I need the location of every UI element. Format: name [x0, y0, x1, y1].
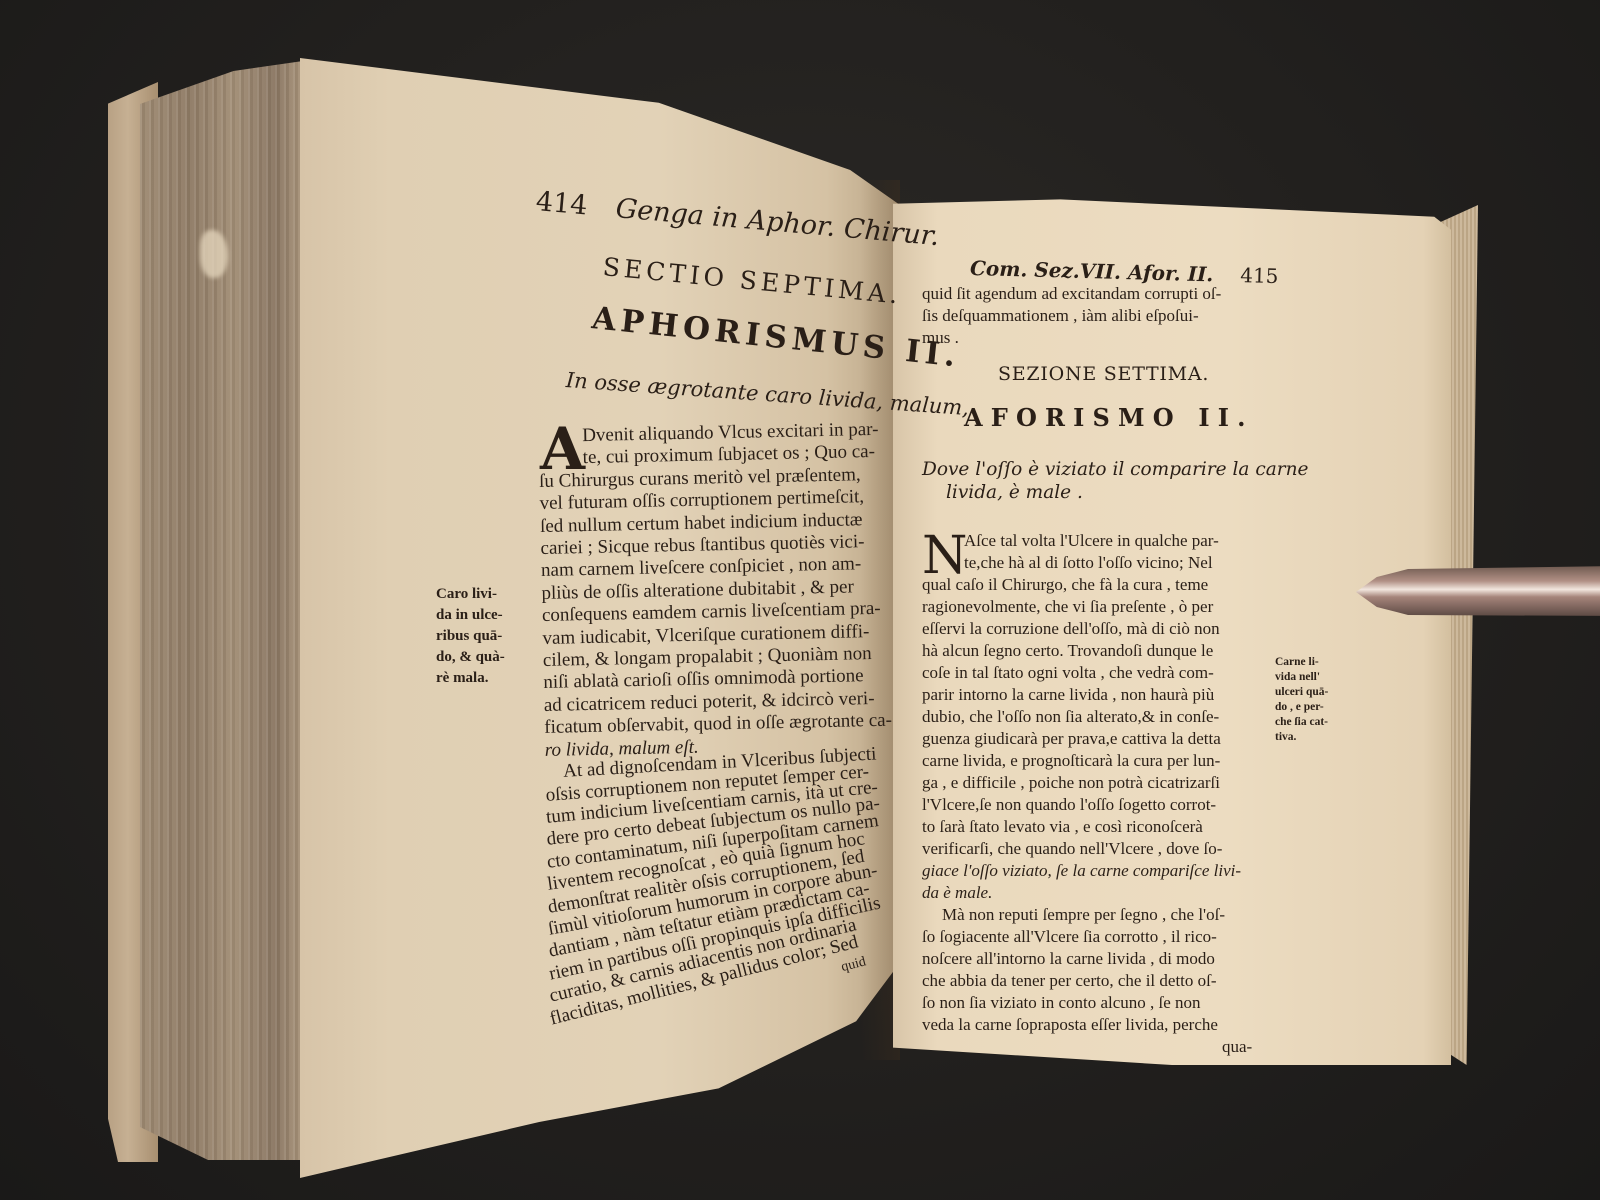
- fore-edge-stain: [200, 230, 228, 278]
- body-line: hà alcun ſegno certo. Trovandoſi dunque …: [922, 640, 1282, 662]
- margin-line: ulceri quā-: [1275, 685, 1345, 700]
- motto-line: livida, è male .: [922, 481, 1308, 504]
- margin-line: do , e per-: [1275, 700, 1345, 715]
- body-line: ſo ſogiacente all'Vlcere ſia corrotto , …: [922, 926, 1282, 948]
- body-line: l'Vlcere,ſe non quando l'oſſo ſogetto co…: [922, 794, 1282, 816]
- margin-line: Carne li-: [1275, 655, 1345, 670]
- body-line: ga , e difficile , poiche non potrà cica…: [922, 772, 1282, 794]
- body-line: dubio, che l'oſſo non ſia alterato,& in …: [922, 706, 1282, 728]
- margin-line: tiva.: [1275, 730, 1345, 745]
- body-line: giace l'oſſo viziato, ſe la carne compar…: [922, 860, 1282, 882]
- right-aphorism-title: AFORISMO II.: [964, 403, 1254, 432]
- body-line: noſcere all'intorno la carne livida , di…: [922, 948, 1282, 970]
- body-line: mus .: [922, 327, 1282, 349]
- catchword: qua-: [922, 1036, 1282, 1058]
- page-fore-edge: [140, 60, 310, 1160]
- body-line: ragionevolmente, che vi ſia preſente , ò…: [922, 596, 1282, 618]
- body-line: Aſce tal volta l'Ulcere in qualche par-: [922, 530, 1282, 552]
- body-line: parir intorno la carne livida , non haur…: [922, 684, 1282, 706]
- left-margin-note: Caro livi- da in ulce- ribus quā- do, & …: [436, 584, 536, 689]
- body-line: coſe in tal ſtato ogni volta , che vedrà…: [922, 662, 1282, 684]
- paper-knife: [1356, 566, 1600, 616]
- margin-line: vida nell': [1275, 670, 1345, 685]
- margin-line: rè mala.: [436, 668, 536, 689]
- left-page-number: 414: [535, 186, 589, 221]
- body-line: te,che hà al di ſotto l'oſſo vicino; Nel: [922, 552, 1282, 574]
- body-line: qual caſo il Chirurgo, che fà la cura , …: [922, 574, 1282, 596]
- body-line: guenza giudicarà per prava,e cattiva la …: [922, 728, 1282, 750]
- body-line: ſo non ſia viziato in conto alcuno , ſe …: [922, 992, 1282, 1014]
- body-line: carne livida, e prognoſticarà la cura pe…: [922, 750, 1282, 772]
- body-line: Mà non reputi ſempre per ſegno , che l'o…: [922, 904, 1282, 926]
- margin-line: ribus quā-: [436, 626, 536, 647]
- right-section-title: SEZIONE SETTIMA.: [998, 363, 1209, 385]
- right-body-text: Aſce tal volta l'Ulcere in qualche par- …: [922, 530, 1282, 1058]
- margin-line: che ſia cat-: [1275, 715, 1345, 730]
- body-line: veda la carne ſopraposta eſſer livida, p…: [922, 1014, 1282, 1036]
- margin-line: Caro livi-: [436, 584, 536, 605]
- right-continuation-text: quid ſit agendum ad excitandam corrupti …: [922, 283, 1282, 349]
- margin-line: da in ulce-: [436, 605, 536, 626]
- book-photo: 414 Genga in Aphor. Chirur. SECTIO SEPTI…: [0, 0, 1600, 1200]
- body-line: che abbia da tener per certo, che il det…: [922, 970, 1282, 992]
- body-line: verificarſi, che quando nell'Vlcere , do…: [922, 838, 1282, 860]
- margin-line: do, & quà-: [436, 647, 536, 668]
- right-margin-note: Carne li- vida nell' ulceri quā- do , e …: [1275, 655, 1345, 745]
- body-line: eſſervi la corruzione dell'oſſo, mà di c…: [922, 618, 1282, 640]
- left-body-text: Dvenit aliquando Vlcus excitari in par- …: [538, 418, 911, 1053]
- body-line: da è male.: [922, 882, 1282, 904]
- motto-line: Dove l'oſſo è viziato il comparire la ca…: [922, 458, 1308, 481]
- right-aphorism-text: Dove l'oſſo è viziato il comparire la ca…: [922, 458, 1308, 504]
- body-line: to ſarà ſtato levato via , e così ricono…: [922, 816, 1282, 838]
- body-line: quid ſit agendum ad excitandam corrupti …: [922, 283, 1282, 305]
- body-line: ſis deſquammationem , iàm alibi eſpoſui-: [922, 305, 1282, 327]
